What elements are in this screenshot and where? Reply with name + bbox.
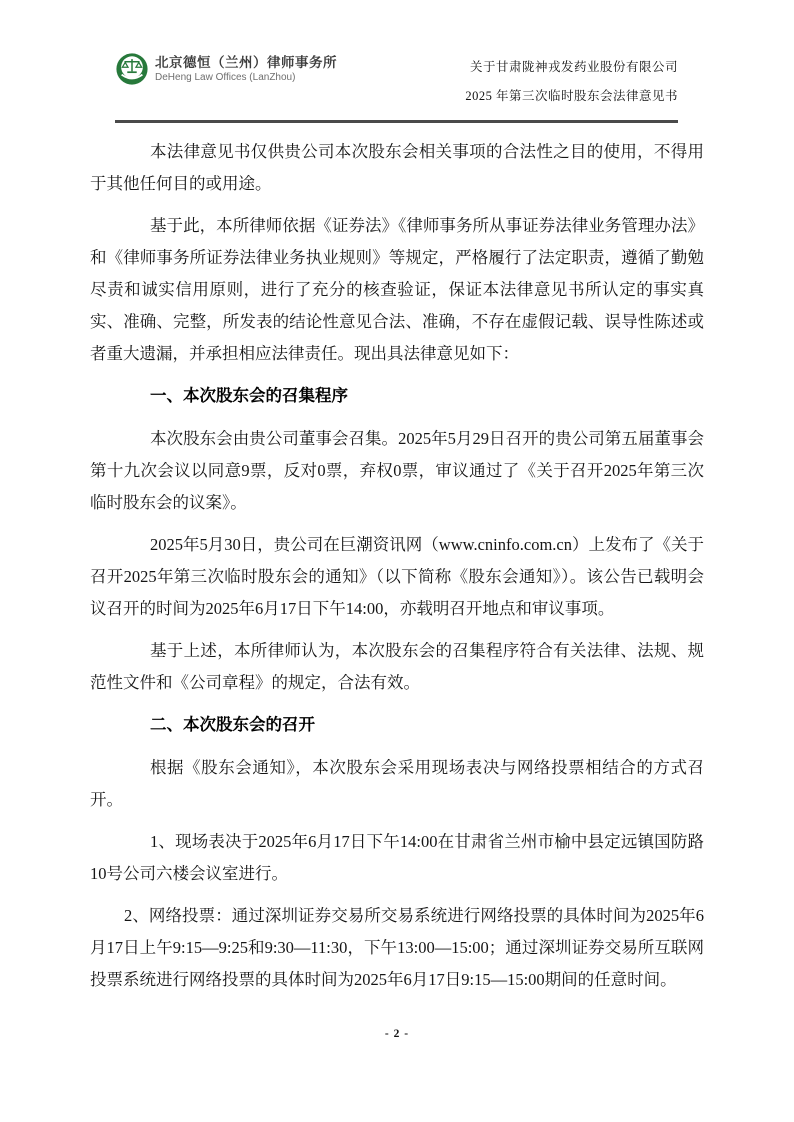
- paragraph-notice-publication: 2025年5月30日，贵公司在巨潮资讯网（www.cninfo.com.cn）上…: [90, 529, 704, 625]
- paragraph-scope-of-use: 本法律意见书仅供贵公司本次股东会相关事项的合法性之目的使用，不得用于其他任何目的…: [90, 136, 704, 200]
- page-header: 北京德恒（兰州）律师事务所 DeHeng Law Offices (LanZho…: [115, 52, 678, 123]
- page-number: - 2 -: [0, 1028, 794, 1040]
- firm-names: 北京德恒（兰州）律师事务所 DeHeng Law Offices (LanZho…: [155, 52, 337, 83]
- paragraph-board-resolution: 本次股东会由贵公司董事会召集。2025年5月29日召开的贵公司第五届董事会第十九…: [90, 423, 704, 519]
- document-body: 本法律意见书仅供贵公司本次股东会相关事项的合法性之目的使用，不得用于其他任何目的…: [90, 136, 704, 996]
- document-title: 关于甘肃陇神戎发药业股份有限公司 2025 年第三次临时股东会法律意见书: [465, 52, 678, 111]
- doc-title-line-2: 2025 年第三次临时股东会法律意见书: [465, 82, 678, 111]
- paragraph-meeting-method: 根据《股东会通知》，本次股东会采用现场表决与网络投票相结合的方式召开。: [90, 752, 704, 816]
- section-heading-1: 一、本次股东会的召集程序: [90, 380, 704, 412]
- section-heading-2: 二、本次股东会的召开: [90, 709, 704, 741]
- paragraph-convening-conclusion: 基于上述，本所律师认为，本次股东会的召集程序符合有关法律、法规、规范性文件和《公…: [90, 635, 704, 699]
- paragraph-lawyer-duty: 基于此，本所律师依据《证券法》《律师事务所从事证券法律业务管理办法》和《律师事务…: [90, 210, 704, 370]
- paragraph-online-voting: 2、网络投票：通过深圳证券交易所交易系统进行网络投票的具体时间为2025年6月1…: [90, 900, 704, 996]
- firm-name-cn: 北京德恒（兰州）律师事务所: [155, 55, 337, 70]
- deheng-logo-icon: [115, 52, 149, 86]
- firm-identity: 北京德恒（兰州）律师事务所 DeHeng Law Offices (LanZho…: [115, 52, 337, 86]
- firm-name-en: DeHeng Law Offices (LanZhou): [155, 72, 337, 83]
- doc-title-line-1: 关于甘肃陇神戎发药业股份有限公司: [465, 53, 678, 82]
- paragraph-onsite-voting: 1、现场表决于2025年6月17日下午14:00在甘肃省兰州市榆中县定远镇国防路…: [90, 826, 704, 890]
- document-page: 北京德恒（兰州）律师事务所 DeHeng Law Offices (LanZho…: [0, 0, 794, 1122]
